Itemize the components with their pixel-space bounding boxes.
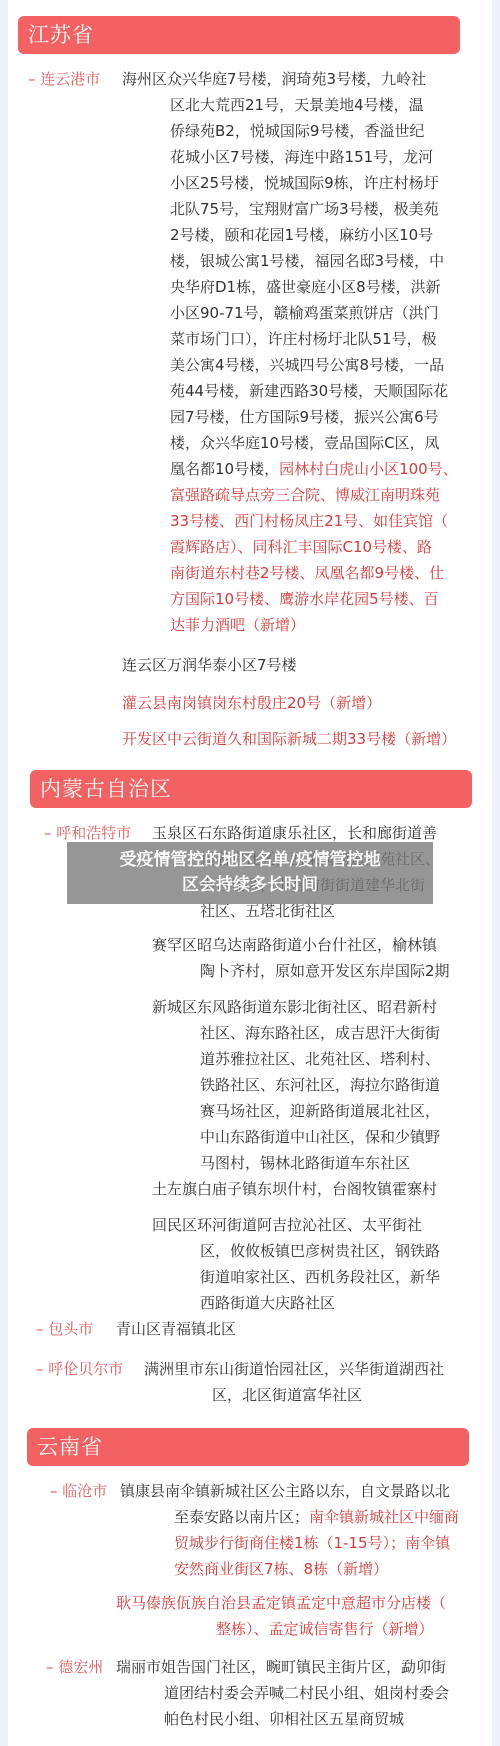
article-title-overlay: 受疫情管控的地区名单/疫情管控地 区会持续多长时间: [67, 842, 433, 904]
address-line-new: 开发区中云街道久和国际新城二期33号楼（新增）: [122, 726, 456, 752]
address-line: 街道咱家社区、西机务段社区，新华: [200, 1264, 440, 1290]
article-title-line1: 受疫情管控的地区名单/疫情管控地: [67, 848, 433, 872]
address-line: 北队75号，宝翔财富广场3号楼，极美苑: [170, 196, 439, 222]
address-line-new: 灌云县南岗镇岗东村殷庄20号（新增）: [122, 690, 381, 716]
address-line: 区北大荒西21号，天景美地4号楼，温: [170, 92, 424, 118]
city-label-lincang: – 临沧市: [50, 1478, 107, 1504]
province-header-inner-mongolia: 内蒙古自治区: [30, 770, 472, 808]
address-line: 小区90-71号，赣榆鸡蛋菜煎饼店（洪门: [170, 300, 439, 326]
address-line: 菜市场门口），许庄村杨圩北队51号，极: [170, 326, 437, 352]
address-line: 美公寓4号楼，兴城四号公寓8号楼，一品: [170, 352, 444, 378]
address-line-new: 贸城步行街商住楼1栋（1-15号）；南伞镇: [174, 1530, 450, 1556]
address-line: 小区25号楼，悦城国际9栋，许庄村杨圩: [170, 170, 439, 196]
address-line: 花城小区7号楼，海连中路151号，龙河: [170, 144, 433, 170]
address-line: 区，攸攸板镇巴彦树贵社区，钢铁路: [200, 1238, 440, 1264]
address-text-new: 园林村白虎山小区100号、: [279, 460, 458, 478]
address-line-new: 整栋）、孟定诚信寄售行（新增）: [216, 1616, 434, 1642]
address-text: 凰名都10号楼，: [170, 460, 279, 478]
address-line: 陶卜齐村，原如意开发区东岸国际2期: [200, 958, 450, 984]
address-line: 铁路社区、东河社区，海拉尔路街道: [200, 1072, 440, 1098]
address-line: 楼，众兴华庭10号楼，壹品国际C区，凤: [170, 430, 440, 456]
address-line-mixed: 至泰安路以南片区；南伞镇新城社区中缅商: [174, 1504, 459, 1530]
address-line: 青山区青福镇北区: [116, 1316, 236, 1342]
address-line: 满洲里市东山街道怡园社区，兴华街道湖西社: [144, 1356, 444, 1382]
address-line: 苑44号楼，新建西路30号楼，天顺国际花: [170, 378, 448, 404]
address-line-new: 南街道东村巷2号楼、凤凰名都9号楼、仕: [170, 560, 444, 586]
address-line-new: 耿马傣族佤族自治县孟定镇孟定中意超市分店楼（: [116, 1590, 446, 1616]
address-line: 2号楼，颐和花园1号楼，麻纺小区10号: [170, 222, 433, 248]
address-line: 央华府D1栋，盛世豪庭小区8号楼，洪新: [170, 274, 441, 300]
city-label-dehong: – 德宏州: [46, 1654, 103, 1680]
address-line: 社区、海东路社区，成吉思汗大街街: [200, 1020, 440, 1046]
address-line: 园7号楼，仕方国际9号楼，振兴公寓6号: [170, 404, 439, 430]
address-line: 连云区万润华泰小区7号楼: [122, 652, 297, 678]
address-line: 道苏雅拉社区、北苑社区、塔利村、: [200, 1046, 440, 1072]
city-label-baotou: – 包头市: [36, 1316, 93, 1342]
address-line: 赛马场社区，迎新路街道展北社区，: [200, 1098, 440, 1124]
address-line-new: 富强路疏导点旁三合院、博威江南明珠苑: [170, 482, 440, 508]
address-line: 侨绿苑B2，悦城国际9号楼，香溢世纪: [170, 118, 424, 144]
address-line: 回民区环河街道阿吉拉沁社区、太平街社: [152, 1212, 422, 1238]
address-line: 瑞丽市姐告国门社区，畹町镇民主街片区，勐卯街: [116, 1654, 446, 1680]
address-line-new: 达菲力酒吧（新增）: [170, 612, 305, 638]
city-label-lianyungang: – 连云港市: [28, 66, 100, 92]
address-line-mixed: 凰名都10号楼，园林村白虎山小区100号、: [170, 456, 458, 482]
address-line-new: 霞辉路店）、同科汇丰国际C10号楼、路: [170, 534, 432, 560]
address-line: 楼，银城公寓1号楼，福园名邸3号楼，中: [170, 248, 444, 274]
address-line: 赛罕区昭乌达南路街道小台什社区，榆林镇: [152, 932, 437, 958]
article-title-line2: 区会持续多长时间: [67, 873, 433, 897]
address-line: 新城区东风路街道东影北街社区、昭君新村: [152, 994, 437, 1020]
address-line: 道团结村委会弄喊二村民小组、姐岗村委会: [164, 1680, 449, 1706]
address-text: 至泰安路以南片区；: [174, 1508, 309, 1526]
address-line: 镇康县南伞镇新城社区公主路以东，自文景路以北: [120, 1478, 450, 1504]
province-header-jiangsu: 江苏省: [18, 16, 460, 54]
address-line-new: 方国际10号楼、鹰游水岸花园5号楼、百: [170, 586, 439, 612]
address-line: 帕色村民小组、卯相社区五星商贸城: [164, 1706, 404, 1732]
province-header-yunnan: 云南省: [27, 1428, 469, 1466]
address-line-new: 安然商业街区7栋、8栋（新增）: [174, 1556, 388, 1582]
address-line: 马图村，锡林北路街道车东社区: [200, 1150, 410, 1176]
city-label-hulunbuir: – 呼伦贝尔市: [36, 1356, 123, 1382]
address-line: 西路街道大庆路社区: [200, 1290, 335, 1316]
address-line: 区，北区街道富华社区: [212, 1382, 362, 1408]
address-line: 土左旗白庙子镇东坝什村，台阁牧镇霍寨村: [152, 1176, 437, 1202]
address-line: 中山东路街道中山社区，保和少镇野: [200, 1124, 440, 1150]
address-line: 海州区众兴华庭7号楼，润琦苑3号楼，九岭社: [122, 66, 426, 92]
address-text-new: 南伞镇新城社区中缅商: [309, 1508, 459, 1526]
address-line-new: 33号楼、西门村杨凤庄21号、如佳宾馆（: [170, 508, 448, 534]
